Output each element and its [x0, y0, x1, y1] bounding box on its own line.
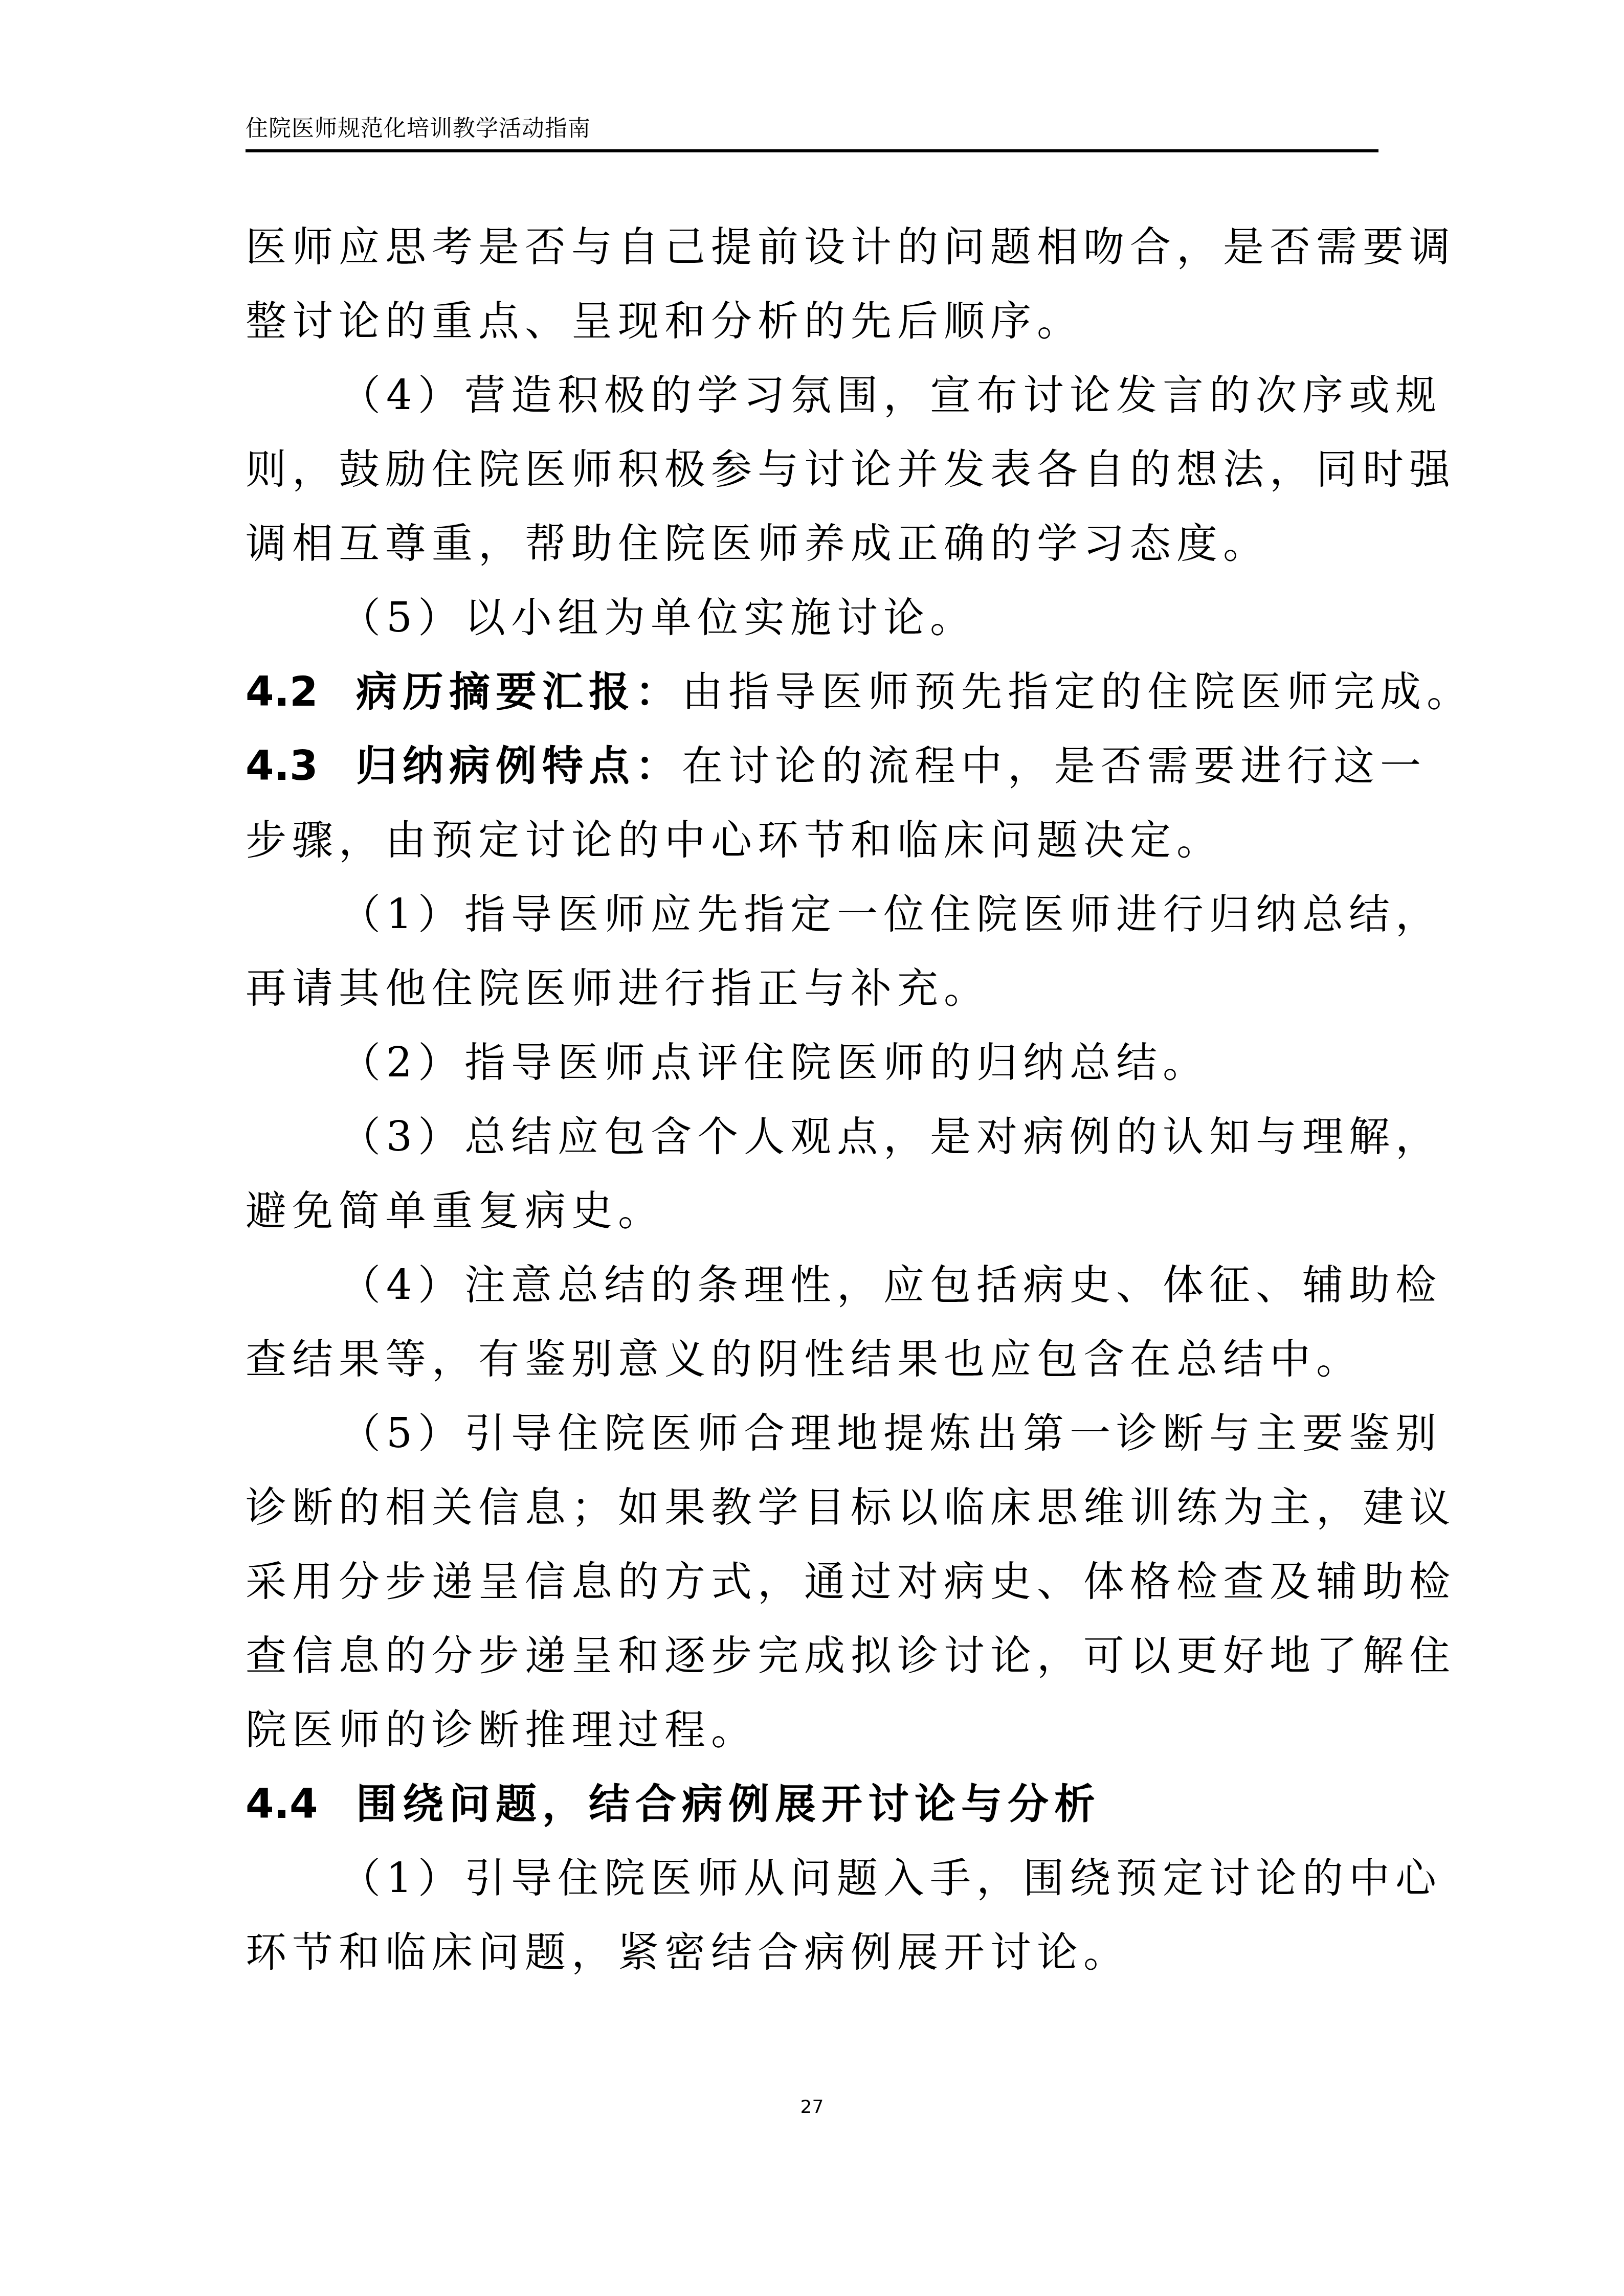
paragraph-line: 调相互尊重，帮助住院医师养成正确的学习态度。	[246, 506, 1378, 580]
list-item: （1）指导医师应先指定一位住院医师进行归纳总结，	[246, 877, 1378, 951]
section-text: 由指导医师预先指定的住院医师完成。	[682, 668, 1473, 715]
list-item: （4）营造积极的学习氛围，宣布讨论发言的次序或规	[246, 358, 1378, 432]
section-heading-4-3: 4.3归纳病例特点：在讨论的流程中，是否需要进行这一	[246, 729, 1378, 803]
paragraph-line: 诊断的相关信息；如果教学目标以临床思维训练为主，建议	[246, 1470, 1378, 1544]
paragraph-line: 查信息的分步递呈和逐步完成拟诊讨论，可以更好地了解住	[246, 1618, 1378, 1693]
paragraph-line: 步骤，由预定讨论的中心环节和临床问题决定。	[246, 803, 1378, 877]
list-item: （1）引导住院医师从问题入手，围绕预定讨论的中心	[246, 1841, 1378, 1915]
section-title: 病历摘要汇报：	[356, 668, 682, 715]
paragraph-line: 查结果等，有鉴别意义的阴性结果也应包含在总结中。	[246, 1322, 1378, 1396]
list-item: （2）指导医师点评住院医师的归纳总结。	[246, 1025, 1378, 1099]
page-number: 27	[0, 2097, 1624, 2118]
section-number: 4.4	[246, 1767, 356, 1841]
paragraph-line: 则，鼓励住院医师积极参与讨论并发表各自的想法，同时强	[246, 432, 1378, 506]
section-title: 围绕问题，结合病例展开讨论与分析	[356, 1780, 1101, 1828]
paragraph-line: 医师应思考是否与自己提前设计的问题相吻合，是否需要调	[246, 210, 1378, 284]
page-body: 医师应思考是否与自己提前设计的问题相吻合，是否需要调 整讨论的重点、呈现和分析的…	[246, 210, 1378, 1989]
paragraph-line: 院医师的诊断推理过程。	[246, 1693, 1378, 1767]
section-heading-4-4: 4.4围绕问题，结合病例展开讨论与分析	[246, 1767, 1378, 1841]
paragraph-line: 再请其他住院医师进行指正与补充。	[246, 951, 1378, 1025]
list-item: （4）注意总结的条理性，应包括病史、体征、辅助检	[246, 1248, 1378, 1322]
section-number: 4.2	[246, 655, 356, 729]
paragraph-line: 避免简单重复病史。	[246, 1174, 1378, 1248]
header-divider	[246, 149, 1378, 152]
section-text: 在讨论的流程中，是否需要进行这一	[682, 742, 1427, 790]
header-title: 住院医师规范化培训教学活动指南	[246, 114, 1378, 144]
list-item: （5）以小组为单位实施讨论。	[246, 580, 1378, 655]
section-number: 4.3	[246, 729, 356, 803]
paragraph-line: 环节和临床问题，紧密结合病例展开讨论。	[246, 1915, 1378, 1989]
section-title: 归纳病例特点：	[356, 742, 682, 790]
list-item: （5）引导住院医师合理地提炼出第一诊断与主要鉴别	[246, 1396, 1378, 1470]
paragraph-line: 整讨论的重点、呈现和分析的先后顺序。	[246, 284, 1378, 358]
section-heading-4-2: 4.2病历摘要汇报：由指导医师预先指定的住院医师完成。	[246, 655, 1378, 729]
list-item: （3）总结应包含个人观点，是对病例的认知与理解，	[246, 1099, 1378, 1174]
paragraph-line: 采用分步递呈信息的方式，通过对病史、体格检查及辅助检	[246, 1544, 1378, 1618]
running-header: 住院医师规范化培训教学活动指南	[246, 114, 1378, 144]
